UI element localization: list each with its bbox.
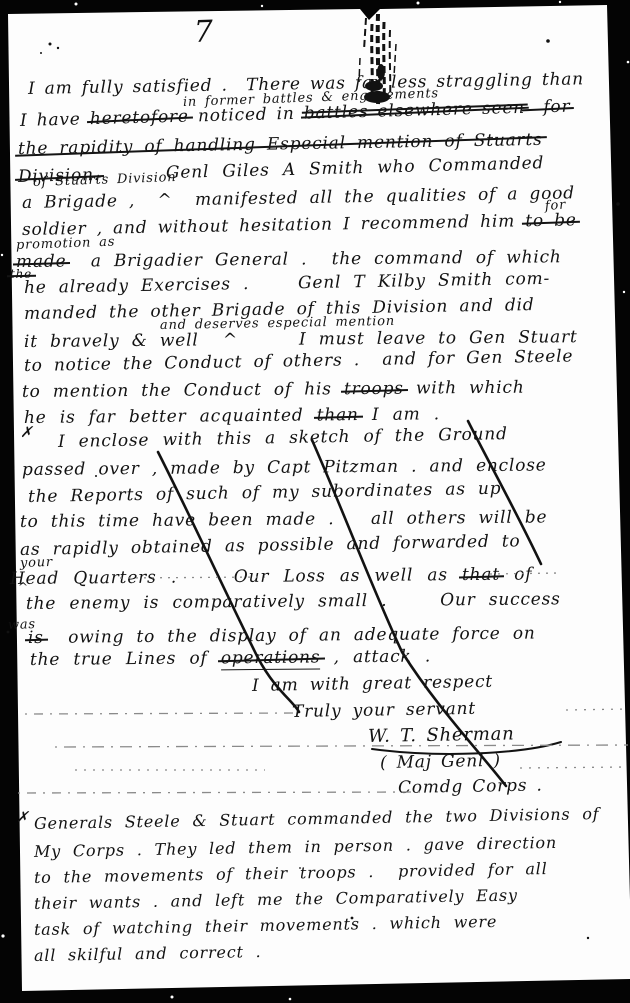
border-speck [559, 1, 561, 3]
manuscript-line: he is far better acquainted than I am . [24, 405, 440, 428]
interline-insert: for [544, 199, 566, 215]
closing-line: ( Maj Genl ) [380, 752, 501, 774]
closing-line: Comdg Corps . [398, 776, 543, 798]
paper-speck [616, 202, 620, 206]
page-number: 7 [193, 15, 214, 50]
margin-mark: ✗ [16, 809, 29, 826]
border-speck [289, 998, 292, 1001]
scan-background: 7 I am fully satisfied . There was far l… [0, 0, 630, 1003]
border-speck [417, 2, 420, 5]
border-speck [627, 61, 630, 64]
border-speck [261, 5, 263, 7]
border-speck [623, 291, 625, 293]
manuscript-line: the true Lines of operations , attack . [30, 648, 431, 671]
margin-mark: ✗ [20, 424, 33, 441]
closing-line: I am with great respect [252, 673, 493, 697]
border-speck [1, 934, 4, 937]
signature: W. T. Sherman [368, 724, 515, 747]
closing-line: Truly your servant [292, 700, 476, 723]
border-speck [75, 3, 78, 6]
border-speck [1, 254, 3, 256]
border-speck [171, 996, 174, 999]
